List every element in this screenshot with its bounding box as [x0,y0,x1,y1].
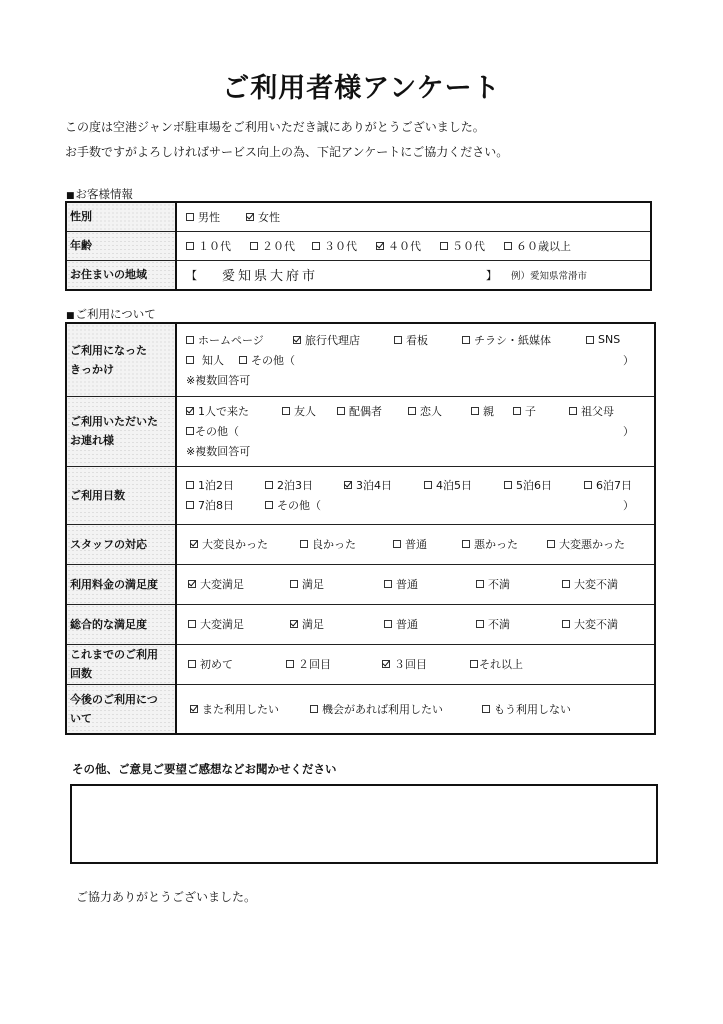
checkbox-icon[interactable] [384,620,392,628]
checkbox-icon[interactable] [188,660,196,668]
checkbox-icon[interactable] [188,620,196,628]
staff-option-average[interactable]: 普通 [393,536,427,552]
visits-row: これまでのご利用回数 初めて ２回目 ３回目 それ以上 [66,644,655,684]
checkbox-icon[interactable] [186,242,194,250]
checkbox-icon[interactable] [440,242,448,250]
trigger-label: ご利用になったきっかけ [66,323,176,396]
checkbox-icon[interactable] [476,620,484,628]
days-option-5n6d[interactable]: 5泊6日 [504,477,552,493]
region-label: お住まいの地域 [66,260,176,290]
trigger-row: ご利用になったきっかけ ホームページ 旅行代理店 看板 チラシ・紙媒体 SNS … [66,323,655,396]
checkbox-icon[interactable] [562,580,570,588]
checkbox-icon[interactable] [476,580,484,588]
checkbox-icon[interactable] [186,213,194,221]
companions-row: ご利用いただいたお連れ様 1人で来た 友人 配偶者 恋人 親 子 祖父母 その他… [66,396,655,466]
overall-label: 総合的な満足度 [66,604,176,644]
checkbox-icon[interactable] [562,620,570,628]
overall-option-very-satisfied[interactable]: 大変満足 [188,616,244,632]
visits-option-more[interactable]: それ以上 [470,656,523,672]
companions-option-grandparent[interactable]: 祖父母 [569,403,614,419]
fee-option-satisfied[interactable]: 満足 [290,576,324,592]
checkbox-icon[interactable] [462,540,470,548]
usage-table: ご利用になったきっかけ ホームページ 旅行代理店 看板 チラシ・紙媒体 SNS … [65,322,656,735]
companions-label: ご利用いただいたお連れ様 [66,396,176,466]
checkbox-icon[interactable] [584,481,592,489]
staff-option-very-bad[interactable]: 大変悪かった [547,536,625,552]
intro-line-2: お手数ですがよろしければサービス向上の為、下記アンケートにご協力ください。 [65,143,508,160]
checkbox-icon[interactable] [186,481,194,489]
days-option-7n8d[interactable]: 7泊8日 [186,497,234,513]
checkbox-icon[interactable] [470,660,478,668]
checkbox-icon[interactable] [424,481,432,489]
staff-option-very-good[interactable]: 大変良かった [190,536,268,552]
thanks-message: ご協力ありがとうございました。 [76,888,256,905]
section-customer-info: ■お客様情報 [66,186,133,202]
comments-title: その他、ご意見ご要望ご感想などお聞かせください [72,761,337,777]
checkbox-icon[interactable] [286,660,294,668]
page-title: ご利用者様アンケート [0,66,723,105]
gender-option-male[interactable]: 男性 [186,209,220,225]
region-open-bracket: 【 [186,267,197,283]
companions-option-child[interactable]: 子 [513,403,536,419]
trigger-option-acquaintance[interactable]: 知人 [186,352,224,368]
checkbox-icon[interactable] [239,356,247,364]
days-option-6n7d[interactable]: 6泊7日 [584,477,632,493]
staff-option-bad[interactable]: 悪かった [462,536,518,552]
intro-line-1: この度は空港ジャンボ駐車場をご利用いただき誠にありがとうございました。 [65,118,485,135]
overall-option-dissatisfied[interactable]: 不満 [476,616,510,632]
section-usage: ■ご利用について [66,306,156,322]
checkbox-checked-icon[interactable] [190,705,198,713]
checkbox-icon[interactable] [394,336,402,344]
checkbox-icon[interactable] [186,356,194,364]
gender-label: 性別 [66,202,176,231]
checkbox-icon[interactable] [569,407,577,415]
checkbox-checked-icon[interactable] [190,540,198,548]
checkbox-icon[interactable] [504,242,512,250]
overall-row: 総合的な満足度 大変満足 満足 普通 不満 大変不満 [66,604,655,644]
checkbox-checked-icon[interactable] [376,242,384,250]
trigger-option-flyer[interactable]: チラシ・紙媒体 [462,332,551,348]
companions-other-close-paren: ） [623,423,634,439]
days-row: ご利用日数 1泊2日 2泊3日 3泊4日 4泊5日 5泊6日 6泊7日 7泊8日… [66,466,655,524]
comments-textarea[interactable] [70,784,658,864]
checkbox-icon[interactable] [504,481,512,489]
visits-label: これまでのご利用回数 [66,644,176,684]
gender-row: 性別 男性 女性 [66,202,651,231]
checkbox-checked-icon[interactable] [382,660,390,668]
checkbox-icon[interactable] [186,336,194,344]
age-option-30s[interactable]: ３０代 [312,238,357,254]
checkbox-icon[interactable] [186,427,194,435]
future-option-if-opportunity[interactable]: 機会があれば利用したい [310,701,443,717]
region-input[interactable]: 愛知県大府市 [222,265,318,284]
companions-option-other[interactable]: その他（ [186,423,239,439]
days-option-3n4d[interactable]: 3泊4日 [344,477,392,493]
fee-option-dissatisfied[interactable]: 不満 [476,576,510,592]
days-label: ご利用日数 [66,466,176,524]
checkbox-icon[interactable] [471,407,479,415]
checkbox-icon[interactable] [586,336,594,344]
region-close-bracket: 】 [486,267,497,283]
visits-option-second[interactable]: ２回目 [286,656,331,672]
region-row: お住まいの地域 【 愛知県大府市 】 例）愛知県常滑市 [66,260,651,290]
future-option-no-more[interactable]: もう利用しない [482,701,571,717]
age-option-40s[interactable]: ４０代 [376,238,421,254]
companions-option-friend[interactable]: 友人 [282,403,316,419]
checkbox-icon[interactable] [384,580,392,588]
fee-option-average[interactable]: 普通 [384,576,418,592]
overall-option-very-dissatisfied[interactable]: 大変不満 [562,616,618,632]
companions-option-parent[interactable]: 親 [471,403,494,419]
staff-label: スタッフの対応 [66,524,176,564]
checkbox-icon[interactable] [265,481,273,489]
visits-option-first[interactable]: 初めて [188,656,233,672]
age-label: 年齢 [66,231,176,260]
companions-option-spouse[interactable]: 配偶者 [337,403,382,419]
customer-info-table: 性別 男性 女性 年齢 １０代 ２０代 ３０代 ４０代 ５０代 ６０歳以上 お住… [65,201,652,291]
trigger-option-travel-agency[interactable]: 旅行代理店 [293,332,360,348]
checkbox-icon[interactable] [312,242,320,250]
trigger-option-sns[interactable]: SNS [586,333,620,346]
checkbox-icon[interactable] [310,705,318,713]
future-row: 今後のご利用について また利用したい 機会があれば利用したい もう利用しない [66,684,655,734]
fee-row: 利用料金の満足度 大変満足 満足 普通 不満 大変不満 [66,564,655,604]
future-option-use-again[interactable]: また利用したい [190,701,279,717]
checkbox-icon[interactable] [290,580,298,588]
companions-option-partner[interactable]: 恋人 [408,403,442,419]
age-option-20s[interactable]: ２０代 [250,238,295,254]
trigger-option-other[interactable]: その他（ [239,352,295,368]
checkbox-icon[interactable] [282,407,290,415]
checkbox-icon[interactable] [547,540,555,548]
checkbox-icon[interactable] [408,407,416,415]
days-option-2n3d[interactable]: 2泊3日 [265,477,313,493]
companions-note: ※複数回答可 [186,441,654,461]
checkbox-checked-icon[interactable] [246,213,254,221]
checkbox-checked-icon[interactable] [290,620,298,628]
trigger-option-homepage[interactable]: ホームページ [186,332,264,348]
gender-option-female[interactable]: 女性 [246,209,280,225]
overall-option-average[interactable]: 普通 [384,616,418,632]
age-option-10s[interactable]: １０代 [186,238,231,254]
trigger-other-close-paren: ） [623,352,634,368]
overall-option-satisfied[interactable]: 満足 [290,616,324,632]
days-option-4n5d[interactable]: 4泊5日 [424,477,472,493]
days-option-1n2d[interactable]: 1泊2日 [186,477,234,493]
checkbox-icon[interactable] [250,242,258,250]
age-option-50s[interactable]: ５０代 [440,238,485,254]
fee-label: 利用料金の満足度 [66,564,176,604]
checkbox-icon[interactable] [482,705,490,713]
fee-option-very-satisfied[interactable]: 大変満足 [188,576,244,592]
age-option-60plus[interactable]: ６０歳以上 [504,238,571,254]
companions-option-alone[interactable]: 1人で来た [186,403,249,419]
checkbox-checked-icon[interactable] [186,407,194,415]
visits-option-third[interactable]: ３回目 [382,656,427,672]
checkbox-icon[interactable] [462,336,470,344]
checkbox-icon[interactable] [513,407,521,415]
checkbox-icon[interactable] [337,407,345,415]
age-row: 年齢 １０代 ２０代 ３０代 ４０代 ５０代 ６０歳以上 [66,231,651,260]
future-label: 今後のご利用について [66,684,176,734]
checkbox-checked-icon[interactable] [188,580,196,588]
fee-option-very-dissatisfied[interactable]: 大変不満 [562,576,618,592]
days-other-close-paren: ） [623,497,634,513]
checkbox-icon[interactable] [300,540,308,548]
checkbox-checked-icon[interactable] [344,481,352,489]
checkbox-icon[interactable] [186,501,194,509]
checkbox-checked-icon[interactable] [293,336,301,344]
checkbox-icon[interactable] [393,540,401,548]
trigger-option-signboard[interactable]: 看板 [394,332,428,348]
checkbox-icon[interactable] [265,501,273,509]
staff-option-good[interactable]: 良かった [300,536,356,552]
days-option-other[interactable]: その他（ [265,497,321,513]
trigger-note: ※複数回答可 [186,370,654,390]
region-example: 例）愛知県常滑市 [511,268,587,282]
staff-row: スタッフの対応 大変良かった 良かった 普通 悪かった 大変悪かった [66,524,655,564]
